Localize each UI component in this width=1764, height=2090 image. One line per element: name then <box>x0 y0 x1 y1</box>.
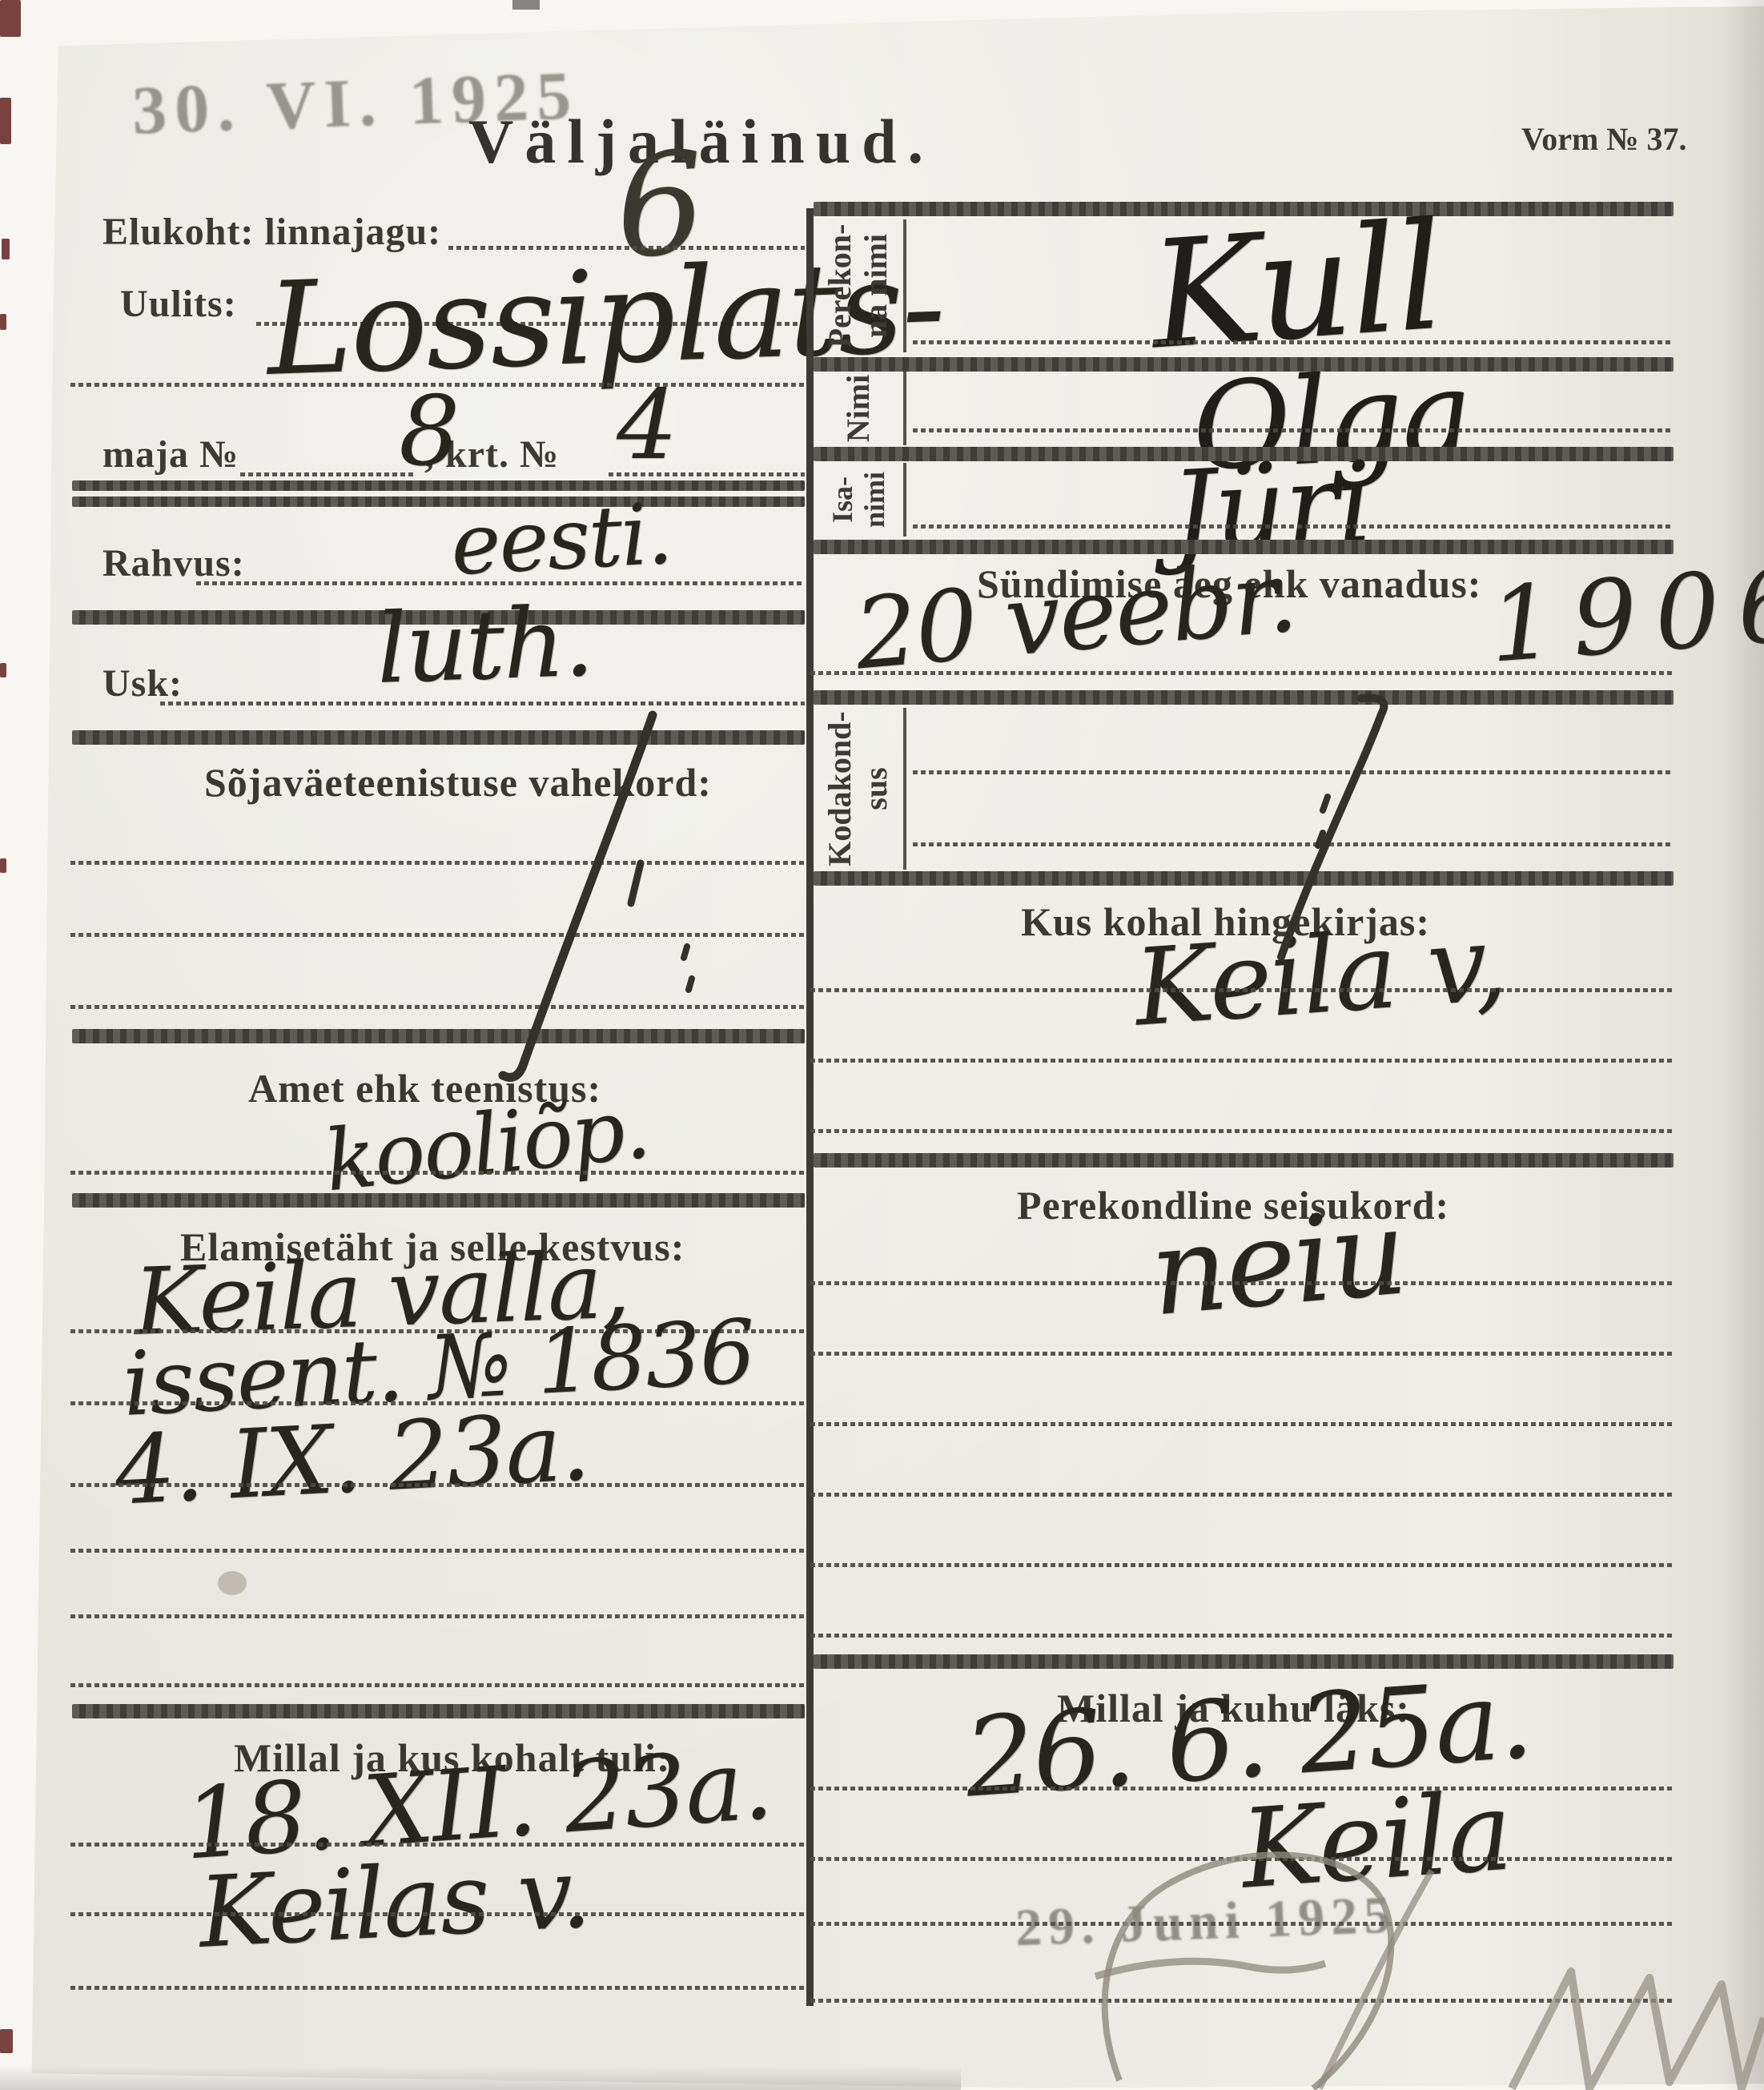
rahvus-label: Rahvus: <box>102 541 245 585</box>
sundimine-handwritten-year: 1906 <box>1485 544 1764 685</box>
isanimi-label: Isa- <box>826 463 858 537</box>
scan-edge-mark <box>512 0 540 10</box>
dotted-line <box>810 671 1674 675</box>
elukoht-label: Elukoht: linnajagu: <box>102 210 441 254</box>
seisukord-handwritten-value: neiu <box>1145 1183 1410 1342</box>
dotted-line <box>70 1912 805 1916</box>
hingekiri-handwritten-value: Keila v, <box>1131 902 1509 1051</box>
dotted-line <box>913 842 1674 846</box>
dotted-line <box>70 1483 805 1487</box>
page-title: Väljaläinud. <box>468 106 934 178</box>
maja-label: maja № <box>102 432 239 476</box>
dotted-line <box>70 1986 805 1990</box>
kodakondsus-label-cell: Kodakond- sus <box>814 708 906 870</box>
isanimi-label-cell: Isa- nimi <box>814 463 906 537</box>
dotted-line <box>913 525 1674 529</box>
rule <box>814 1654 1674 1669</box>
rule <box>72 730 805 745</box>
rule <box>72 480 805 491</box>
dotted-line <box>810 1493 1674 1497</box>
dotted-line <box>70 861 805 865</box>
dotted-line <box>70 933 805 937</box>
dotted-line <box>810 1634 1674 1638</box>
scan-edge-mark <box>0 663 6 677</box>
uulits-label: Uulits: <box>120 282 237 326</box>
usk-label: Usk: <box>102 661 183 705</box>
usk-handwritten-value: luth. <box>375 587 594 705</box>
dotted-line <box>160 701 805 705</box>
dotted-line <box>810 1563 1674 1567</box>
scan-edge-mark <box>0 314 6 330</box>
scan-edge-mark <box>0 0 21 37</box>
rule <box>814 871 1674 886</box>
rahvus-handwritten-value: eesti. <box>448 485 673 594</box>
scan-edge-mark <box>2 239 10 259</box>
dotted-line <box>240 472 416 476</box>
dotted-line <box>70 1005 805 1009</box>
perekonnanimi-label-cell: Perekon- na nimi <box>814 219 906 352</box>
rule <box>72 1193 805 1208</box>
dotted-line <box>913 428 1674 432</box>
rule <box>814 1153 1674 1168</box>
tuli-handwritten-line2: Keilas v. <box>196 1835 592 1969</box>
scanned-registration-card: 30. VI. 1925 Väljaläinud. Vorm № 37. 6 E… <box>0 0 1764 2090</box>
dotted-line <box>810 1422 1674 1426</box>
scan-edge-mark <box>0 858 6 873</box>
dotted-line <box>70 1171 805 1175</box>
dotted-line <box>810 1857 1674 1861</box>
dotted-line <box>810 1352 1674 1356</box>
rule <box>72 496 805 507</box>
dotted-line <box>70 1614 805 1618</box>
scan-edge-mark <box>0 98 11 144</box>
dotted-line <box>913 770 1674 774</box>
krt-handwritten-value: 4 <box>617 370 676 481</box>
dotted-line <box>810 988 1674 992</box>
dotted-line <box>70 1549 805 1553</box>
kodakondsus-label: Kodakond- <box>822 708 858 870</box>
dotted-line <box>810 1999 1674 2003</box>
dotted-line <box>913 340 1674 344</box>
dotted-line <box>810 1281 1674 1285</box>
perekonnanimi-label: Perekon- <box>822 219 858 352</box>
sojavaeteenistus-label: Sõjaväeteenistuse vahekord: <box>204 759 712 806</box>
dotted-line <box>70 1683 805 1687</box>
nimi-label: Nimi <box>841 372 877 445</box>
rule <box>72 1029 805 1043</box>
nimi-label-cell: Nimi <box>814 372 906 445</box>
rule <box>72 1704 805 1718</box>
dotted-line <box>810 1129 1674 1133</box>
rule <box>814 690 1674 705</box>
dotted-line <box>810 1059 1674 1063</box>
scan-edge-mark <box>0 2029 13 2053</box>
form-number: Vorm № 37. <box>1521 120 1686 158</box>
column-divider <box>806 208 814 2006</box>
maja-handwritten-value: 8 <box>399 376 458 488</box>
